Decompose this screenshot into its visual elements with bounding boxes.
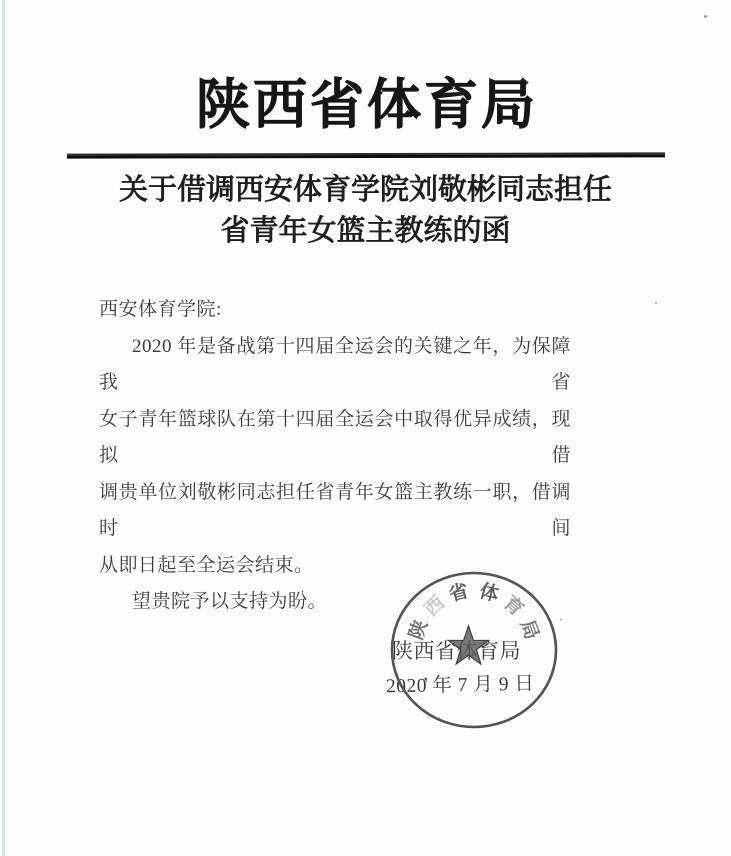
star-icon (449, 626, 489, 664)
paragraph-line: 调贵单位刘敬彬同志担任省青年女篮主教练一职，借调时间 (99, 475, 571, 548)
letterhead-org-name: 陕西省体育局 (0, 74, 731, 136)
paragraph-line: 女子青年篮球队在第十四届全运会中取得优异成绩，现拟借 (99, 402, 571, 475)
scan-speck (704, 15, 707, 18)
seal-arc-char: 局 (516, 617, 543, 642)
letterhead-divider-rule (67, 152, 665, 158)
seal-arc-char: 陕 (404, 617, 432, 643)
seal-arc-char: 体 (477, 579, 501, 606)
salutation-line: 西安体育学院: (99, 292, 571, 329)
document-title-line-1: 关于借调西安体育学院刘敬彬同志担任 (0, 170, 731, 211)
official-seal-icon: 陕 西 省 体 育 局 (388, 569, 560, 731)
paragraph-line: 2020 年是备战第十四届全运会的关键之年，为保障我省 (99, 329, 571, 402)
document-title-line-2: 省青年女篮主教练的函 (0, 211, 731, 252)
seal-arc-char: 西 (420, 592, 449, 621)
scan-speck (655, 302, 657, 304)
document-title: 关于借调西安体育学院刘敬彬同志担任 省青年女篮主教练的函 (0, 170, 731, 252)
seal-arc-char: 育 (499, 591, 529, 621)
scan-speck (269, 349, 271, 351)
scan-speck (560, 618, 562, 621)
seal-arc-char: 省 (446, 579, 470, 606)
scanned-letter-page: 陕西省体育局 关于借调西安体育学院刘敬彬同志担任 省青年女篮主教练的函 西安体育… (0, 0, 731, 856)
